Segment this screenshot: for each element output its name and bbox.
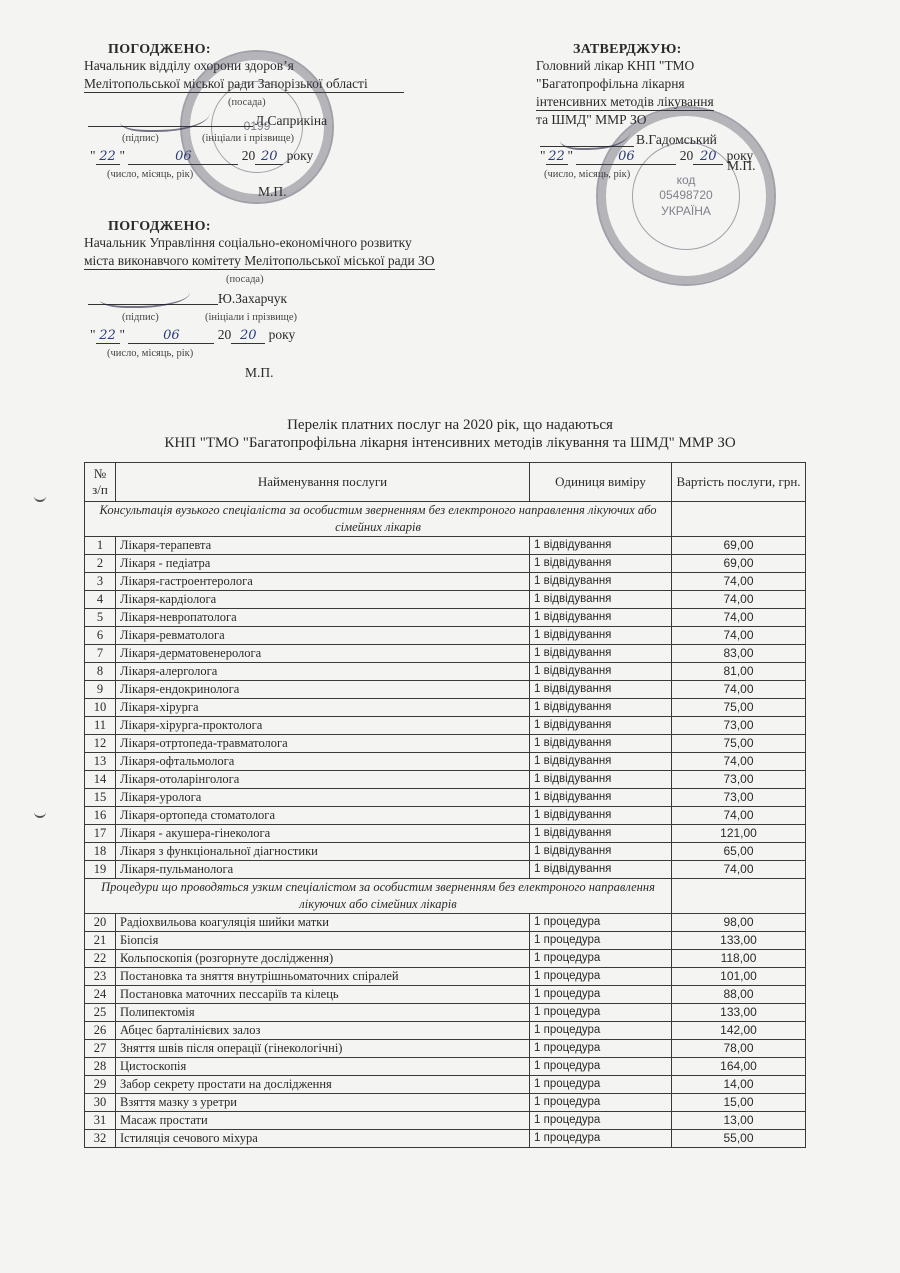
service-name: Лікаря з функціональної діагностики xyxy=(116,843,530,861)
table-row: 30Взяття мазку з уретри1 процедура15,00 xyxy=(85,1094,806,1112)
table-row: 8Лікаря-алерголога1 відвідування81,00 xyxy=(85,663,806,681)
service-name: Біопсія xyxy=(116,932,530,950)
service-price: 142,00 xyxy=(672,1022,806,1040)
unit-of-measure: 1 процедура xyxy=(530,1022,672,1040)
row-number: 32 xyxy=(85,1130,116,1148)
unit-of-measure: 1 процедура xyxy=(530,1112,672,1130)
service-price: 78,00 xyxy=(672,1040,806,1058)
row-number: 30 xyxy=(85,1094,116,1112)
service-name: Абцес барталінієвих залоз xyxy=(116,1022,530,1040)
service-price: 13,00 xyxy=(672,1112,806,1130)
service-name: Лікаря - педіатра xyxy=(116,555,530,573)
service-name: Лікаря-офтальмолога xyxy=(116,753,530,771)
unit-of-measure: 1 відвідування xyxy=(530,717,672,735)
approver-line2: "Багатопрофільна лікарня xyxy=(536,76,685,92)
unit-of-measure: 1 відвідування xyxy=(530,861,672,879)
staple-hole-mark xyxy=(34,810,46,818)
row-number: 1 xyxy=(85,537,116,555)
year-word: року xyxy=(269,327,296,342)
date-month: 06 xyxy=(128,328,214,344)
year-prefix: 20 xyxy=(218,327,232,342)
service-price: 73,00 xyxy=(672,789,806,807)
approve-heading: ЗАТВЕРДЖУЮ: xyxy=(573,42,682,58)
service-price: 14,00 xyxy=(672,1076,806,1094)
section-header-row: Процедури що проводяться узким спеціаліс… xyxy=(85,879,806,914)
row-number: 9 xyxy=(85,681,116,699)
unit-of-measure: 1 відвідування xyxy=(530,753,672,771)
unit-of-measure: 1 відвідування xyxy=(530,681,672,699)
table-row: 24Постановка маточних пессаріїв та кілец… xyxy=(85,986,806,1004)
row-number: 15 xyxy=(85,789,116,807)
service-price: 101,00 xyxy=(672,968,806,986)
unit-of-measure: 1 відвідування xyxy=(530,591,672,609)
service-price: 118,00 xyxy=(672,950,806,968)
service-price: 133,00 xyxy=(672,932,806,950)
unit-of-measure: 1 відвідування xyxy=(530,825,672,843)
unit-of-measure: 1 відвідування xyxy=(530,573,672,591)
row-number: 14 xyxy=(85,771,116,789)
date-caption: (число, місяць, рік) xyxy=(107,348,193,359)
unit-of-measure: 1 відвідування xyxy=(530,627,672,645)
service-name: Лікаря-отоларінголога xyxy=(116,771,530,789)
service-name: Лікаря-хірурга-проктолога xyxy=(116,717,530,735)
seal-label: М.П. xyxy=(245,365,274,381)
row-number: 27 xyxy=(85,1040,116,1058)
signature-caption: (підпис) xyxy=(122,312,159,323)
unit-of-measure: 1 відвідування xyxy=(530,771,672,789)
unit-of-measure: 1 відвідування xyxy=(530,807,672,825)
service-name: Зняття швів після операції (гінекологічн… xyxy=(116,1040,530,1058)
row-number: 21 xyxy=(85,932,116,950)
service-name: Істиляція сечового міхура xyxy=(116,1130,530,1148)
signature-caption: (підпис) xyxy=(122,133,159,144)
position-caption: (посада) xyxy=(226,274,264,285)
document-title-line1: Перелік платних послуг на 2020 рік, що н… xyxy=(0,417,900,434)
service-name: Лікаря-пульманолога xyxy=(116,861,530,879)
table-row: 3Лікаря-гастроентеролога1 відвідування74… xyxy=(85,573,806,591)
unit-of-measure: 1 процедура xyxy=(530,950,672,968)
service-name: Взяття мазку з уретри xyxy=(116,1094,530,1112)
date-day: 22 xyxy=(546,149,568,165)
service-price: 98,00 xyxy=(672,914,806,932)
service-price: 74,00 xyxy=(672,591,806,609)
table-row: 2Лікаря - педіатра1 відвідування69,00 xyxy=(85,555,806,573)
table-row: 20Радіохвильова коагуляція шийки матки1 … xyxy=(85,914,806,932)
table-row: 31Масаж простати1 процедура13,00 xyxy=(85,1112,806,1130)
row-number: 24 xyxy=(85,986,116,1004)
service-name: Лікаря-невропатолога xyxy=(116,609,530,627)
unit-of-measure: 1 процедура xyxy=(530,968,672,986)
service-price: 75,00 xyxy=(672,699,806,717)
service-name: Лікаря-ендокринолога xyxy=(116,681,530,699)
unit-of-measure: 1 відвідування xyxy=(530,663,672,681)
table-header-row: № з/п Найменування послуги Одиниця вимір… xyxy=(85,463,806,502)
row-number: 12 xyxy=(85,735,116,753)
name-caption: (ініціали і прізвище) xyxy=(205,312,297,323)
stamp-code-label: код xyxy=(677,173,696,189)
table-row: 28Цистоскопія1 процедура164,00 xyxy=(85,1058,806,1076)
service-name: Лікаря-алерголога xyxy=(116,663,530,681)
service-name: Лікаря - акушера-гінеколога xyxy=(116,825,530,843)
table-row: 9Лікаря-ендокринолога1 відвідування74,00 xyxy=(85,681,806,699)
table-row: 14Лікаря-отоларінголога1 відвідування73,… xyxy=(85,771,806,789)
table-row: 22Кольпоскопія (розгорнуте дослідження)1… xyxy=(85,950,806,968)
service-name: Лікаря-уролога xyxy=(116,789,530,807)
table-row: 23Постановка та зняття внутрішньоматочни… xyxy=(85,968,806,986)
service-price: 121,00 xyxy=(672,825,806,843)
table-row: 17Лікаря - акушера-гінеколога1 відвідува… xyxy=(85,825,806,843)
service-name: Лікаря-отртопеда-травматолога xyxy=(116,735,530,753)
approval-position-line1: Начальник Управління соціально-економічн… xyxy=(84,235,412,251)
row-number: 3 xyxy=(85,573,116,591)
approval-heading: ПОГОДЖЕНО: xyxy=(108,219,211,235)
section-title: Консультація вузького спеціаліста за осо… xyxy=(85,502,672,537)
row-number: 5 xyxy=(85,609,116,627)
service-name: Лікаря-дерматовенеролога xyxy=(116,645,530,663)
table-row: 6Лікаря-ревматолога1 відвідування74,00 xyxy=(85,627,806,645)
service-name: Постановка та зняття внутрішньоматочних … xyxy=(116,968,530,986)
unit-of-measure: 1 процедура xyxy=(530,914,672,932)
row-number: 20 xyxy=(85,914,116,932)
table-row: 29Забор секрету простати на дослідження1… xyxy=(85,1076,806,1094)
row-number: 7 xyxy=(85,645,116,663)
service-name: Забор секрету простати на дослідження xyxy=(116,1076,530,1094)
unit-of-measure: 1 відвідування xyxy=(530,555,672,573)
unit-of-measure: 1 відвідування xyxy=(530,789,672,807)
column-header-price: Вартість послуги, грн. xyxy=(672,463,806,502)
service-name: Лікаря-ортопеда стоматолога xyxy=(116,807,530,825)
unit-of-measure: 1 процедура xyxy=(530,1076,672,1094)
row-number: 8 xyxy=(85,663,116,681)
section-price-cell xyxy=(672,502,806,537)
official-stamp-health-dept: 0199 xyxy=(180,50,334,204)
service-name: Постановка маточних пессаріїв та кілець xyxy=(116,986,530,1004)
date-day: 22 xyxy=(96,149,120,165)
table-row: 12Лікаря-отртопеда-травматолога1 відвіду… xyxy=(85,735,806,753)
table-row: 16Лікаря-ортопеда стоматолога1 відвідува… xyxy=(85,807,806,825)
service-price: 74,00 xyxy=(672,753,806,771)
table-row: 25Полипектомія1 процедура133,00 xyxy=(85,1004,806,1022)
unit-of-measure: 1 відвідування xyxy=(530,843,672,861)
table-row: 1Лікаря-терапевта1 відвідування69,00 xyxy=(85,537,806,555)
service-name: Лікаря-хірурга xyxy=(116,699,530,717)
row-number: 17 xyxy=(85,825,116,843)
service-price: 164,00 xyxy=(672,1058,806,1076)
service-price: 73,00 xyxy=(672,771,806,789)
unit-of-measure: 1 процедура xyxy=(530,986,672,1004)
service-price: 74,00 xyxy=(672,681,806,699)
table-row: 7Лікаря-дерматовенеролога1 відвідування8… xyxy=(85,645,806,663)
table-row: 10Лікаря-хірурга1 відвідування75,00 xyxy=(85,699,806,717)
approver-name: Ю.Захарчук xyxy=(218,291,287,307)
table-row: 18Лікаря з функціональної діагностики1 в… xyxy=(85,843,806,861)
service-price: 74,00 xyxy=(672,627,806,645)
unit-of-measure: 1 відвідування xyxy=(530,645,672,663)
service-name: Кольпоскопія (розгорнуте дослідження) xyxy=(116,950,530,968)
approval-heading: ПОГОДЖЕНО: xyxy=(108,42,211,58)
service-price: 74,00 xyxy=(672,807,806,825)
service-price: 65,00 xyxy=(672,843,806,861)
service-price: 75,00 xyxy=(672,735,806,753)
service-price: 133,00 xyxy=(672,1004,806,1022)
unit-of-measure: 1 відвідування xyxy=(530,699,672,717)
row-number: 2 xyxy=(85,555,116,573)
official-stamp-hospital: код 05498720 УКРАЇНА xyxy=(596,106,776,286)
row-number: 29 xyxy=(85,1076,116,1094)
table-row: 5Лікаря-невропатолога1 відвідування74,00 xyxy=(85,609,806,627)
unit-of-measure: 1 процедура xyxy=(530,1094,672,1112)
service-price: 88,00 xyxy=(672,986,806,1004)
date-day: 22 xyxy=(96,328,120,344)
service-price: 74,00 xyxy=(672,609,806,627)
unit-of-measure: 1 відвідування xyxy=(530,735,672,753)
approval-date: "22" 06 2020 року xyxy=(90,327,295,344)
unit-of-measure: 1 процедура xyxy=(530,1004,672,1022)
table-row: 13Лікаря-офтальмолога1 відвідування74,00 xyxy=(85,753,806,771)
service-price: 15,00 xyxy=(672,1094,806,1112)
row-number: 19 xyxy=(85,861,116,879)
approver-line1: Головний лікар КНП "ТМО xyxy=(536,58,694,74)
row-number: 22 xyxy=(85,950,116,968)
service-name: Полипектомія xyxy=(116,1004,530,1022)
unit-of-measure: 1 процедура xyxy=(530,932,672,950)
row-number: 28 xyxy=(85,1058,116,1076)
table-row: 4Лікаря-кардіолога1 відвідування74,00 xyxy=(85,591,806,609)
table-row: 15Лікаря-уролога1 відвідування73,00 xyxy=(85,789,806,807)
service-price: 73,00 xyxy=(672,717,806,735)
row-number: 18 xyxy=(85,843,116,861)
paid-services-table: № з/п Найменування послуги Одиниця вимір… xyxy=(84,462,806,1148)
service-name: Лікаря-гастроентеролога xyxy=(116,573,530,591)
column-header-unit: Одиниця виміру xyxy=(530,463,672,502)
row-number: 13 xyxy=(85,753,116,771)
service-price: 69,00 xyxy=(672,555,806,573)
unit-of-measure: 1 процедура xyxy=(530,1058,672,1076)
section-header-row: Консультація вузького спеціаліста за осо… xyxy=(85,502,806,537)
unit-of-measure: 1 процедура xyxy=(530,1130,672,1148)
row-number: 16 xyxy=(85,807,116,825)
service-name: Масаж простати xyxy=(116,1112,530,1130)
service-price: 74,00 xyxy=(672,861,806,879)
service-price: 83,00 xyxy=(672,645,806,663)
stamp-code: 05498720 xyxy=(659,188,712,204)
service-name: Радіохвильова коагуляція шийки матки xyxy=(116,914,530,932)
row-number: 25 xyxy=(85,1004,116,1022)
table-row: 27Зняття швів після операції (гінекологі… xyxy=(85,1040,806,1058)
row-number: 11 xyxy=(85,717,116,735)
date-caption: (число, місяць, рік) xyxy=(107,169,193,180)
unit-of-measure: 1 відвідування xyxy=(530,537,672,555)
service-name: Лікаря-кардіолога xyxy=(116,591,530,609)
column-header-number: № з/п xyxy=(85,463,116,502)
service-price: 74,00 xyxy=(672,573,806,591)
row-number: 23 xyxy=(85,968,116,986)
column-header-service-name: Найменування послуги xyxy=(116,463,530,502)
table-row: 26Абцес барталінієвих залоз1 процедура14… xyxy=(85,1022,806,1040)
unit-of-measure: 1 відвідування xyxy=(530,609,672,627)
service-price: 81,00 xyxy=(672,663,806,681)
row-number: 10 xyxy=(85,699,116,717)
unit-of-measure: 1 процедура xyxy=(530,1040,672,1058)
table-row: 32Істиляція сечового міхура1 процедура55… xyxy=(85,1130,806,1148)
row-number: 26 xyxy=(85,1022,116,1040)
approval-position-line2: міста виконавчого комітету Мелітопольськ… xyxy=(84,253,435,270)
service-price: 55,00 xyxy=(672,1130,806,1148)
row-number: 4 xyxy=(85,591,116,609)
table-row: 21Біопсія1 процедура133,00 xyxy=(85,932,806,950)
table-row: 11Лікаря-хірурга-проктолога1 відвідуванн… xyxy=(85,717,806,735)
year-suffix: 20 xyxy=(231,328,265,344)
service-name: Лікаря-терапевта xyxy=(116,537,530,555)
table-row: 19Лікаря-пульманолога1 відвідування74,00 xyxy=(85,861,806,879)
row-number: 31 xyxy=(85,1112,116,1130)
row-number: 6 xyxy=(85,627,116,645)
staple-hole-mark xyxy=(34,494,46,502)
service-price: 69,00 xyxy=(672,537,806,555)
service-name: Цистоскопія xyxy=(116,1058,530,1076)
stamp-code: 0199 xyxy=(244,119,271,135)
service-name: Лікаря-ревматолога xyxy=(116,627,530,645)
section-title: Процедури що проводяться узким спеціаліс… xyxy=(85,879,672,914)
document-title-line2: КНП "ТМО "Багатопрофільна лікарня інтенс… xyxy=(0,435,900,452)
section-price-cell xyxy=(672,879,806,914)
stamp-country: УКРАЇНА xyxy=(661,204,711,220)
